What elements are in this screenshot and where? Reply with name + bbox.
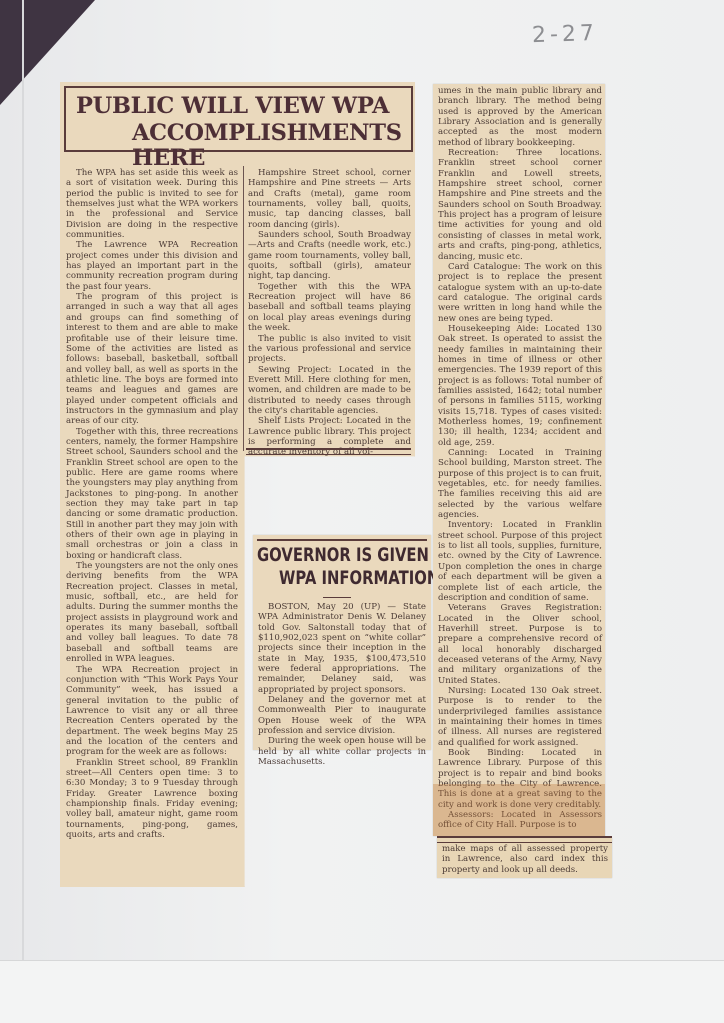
handwritten-date-note: 2-27	[532, 21, 599, 48]
paragraph: umes in the main public library and bran…	[438, 86, 602, 148]
paragraph: Hampshire Street school, corner Hampshir…	[248, 168, 411, 230]
paragraph: The program of this project is arranged …	[66, 292, 238, 426]
glue-stain	[433, 784, 605, 836]
paragraph: Card Catalogue: The work on this project…	[438, 262, 602, 324]
governor-article-body: BOSTON, May 20 (UP) — State WPA Administ…	[258, 602, 426, 768]
paragraph: Sewing Project: Located in the Everett M…	[248, 365, 411, 417]
governor-headline-line-1: GOVERNOR IS GIVEN	[257, 545, 429, 566]
paragraph: Recreation: Three locations. Franklin st…	[438, 148, 602, 262]
main-headline-line-2: ACCOMPLISHMENTS HERE	[132, 121, 411, 171]
paragraph: The WPA Recreation project in conjunctio…	[66, 665, 238, 758]
paragraph: Together with this the WPA Recreation pr…	[248, 282, 411, 334]
paragraph: Together with this, three recreations ce…	[66, 427, 238, 561]
paragraph: Canning: Located in Training School buil…	[438, 448, 602, 520]
paragraph: The youngsters are not the only ones der…	[66, 561, 238, 664]
column-divider	[243, 166, 244, 451]
main-article-continuation-tail-clipping: make maps of all assessed property in La…	[437, 838, 612, 878]
governor-article-clipping: GOVERNOR IS GIVEN WPA INFORMATION BOSTON…	[253, 535, 431, 750]
separator-rule	[437, 836, 612, 843]
sheet-edge	[22, 0, 24, 960]
paragraph: Inventory: Located in Franklin street sc…	[438, 520, 602, 603]
top-rule	[257, 539, 427, 541]
paragraph: Franklin Street school, 89 Franklin stre…	[66, 758, 238, 841]
main-headline-box: PUBLIC WILL VIEW WPA ACCOMPLISHMENTS HER…	[64, 86, 413, 152]
paragraph: BOSTON, May 20 (UP) — State WPA Administ…	[258, 602, 426, 695]
main-article-column-1: The WPA has set aside this week as a sor…	[66, 168, 238, 840]
paragraph: Housekeeping Aide: Located 130 Oak stree…	[438, 324, 602, 448]
main-article-column-2: Hampshire Street school, corner Hampshir…	[248, 168, 411, 458]
article-end-rule	[246, 448, 411, 455]
paragraph: Nursing: Located 130 Oak street. Purpose…	[438, 686, 602, 748]
paragraph: The public is also invited to visit the …	[248, 334, 411, 365]
main-headline-line-1: PUBLIC WILL VIEW WPA	[76, 94, 389, 119]
paragraph: Saunders school, South Broadway —Arts an…	[248, 230, 411, 282]
main-article-column-3: umes in the main public library and bran…	[438, 86, 602, 831]
main-article-column-3-tail: make maps of all assessed property in La…	[442, 844, 608, 875]
paragraph: During the week open house will be held …	[258, 736, 426, 767]
paragraph: Delaney and the governor met at Commonwe…	[258, 695, 426, 736]
main-article-continuation-clipping: umes in the main public library and bran…	[433, 84, 605, 836]
governor-headline-line-2: WPA INFORMATION	[279, 568, 439, 589]
paragraph: Veterans Graves Registration: Located in…	[438, 603, 602, 686]
paragraph: The Lawrence WPA Recreation project come…	[66, 240, 238, 292]
headline-dash	[323, 597, 351, 598]
sheet-bottom-margin	[0, 960, 724, 1023]
paragraph: make maps of all assessed property in La…	[442, 844, 608, 875]
paragraph: The WPA has set aside this week as a sor…	[66, 168, 238, 240]
